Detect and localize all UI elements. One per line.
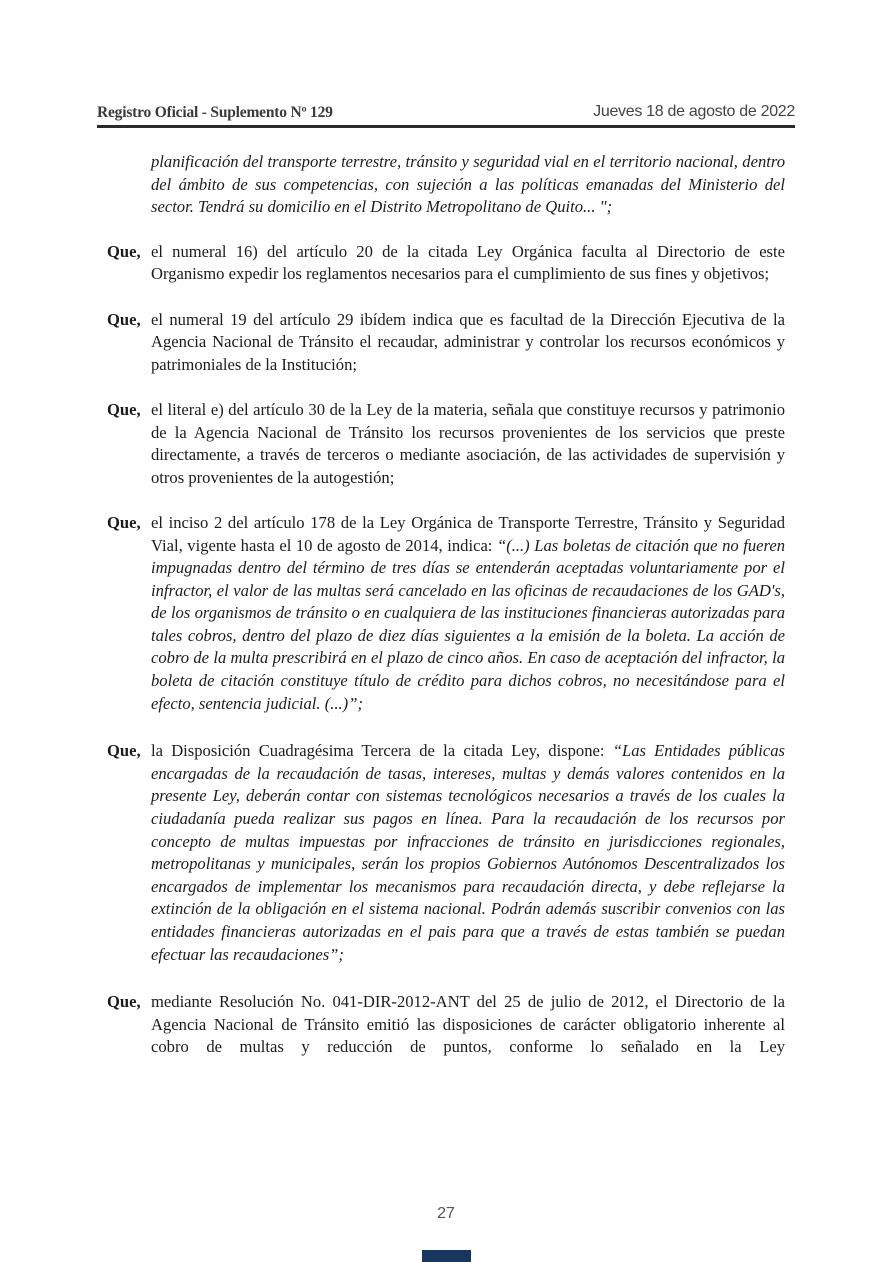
page-number: 27 [0, 1205, 892, 1223]
que-label: Que, [107, 991, 151, 1014]
considerando-paragraph: Que,el numeral 19 del artículo 29 ibídem… [107, 309, 785, 377]
publication-title: Registro Oficial - Suplemento Nº 129 [97, 104, 333, 122]
document-body: planificación del transporte terrestre, … [107, 151, 785, 1082]
quoted-law-text: “Las Entidades públicas encargadas de la… [151, 741, 785, 963]
considerando-paragraph: Que,el inciso 2 del artículo 178 de la L… [107, 512, 785, 715]
paragraph-text: el numeral 19 del artículo 29 ibídem ind… [151, 310, 785, 374]
que-label: Que, [107, 512, 151, 535]
publication-date: Jueves 18 de agosto de 2022 [593, 103, 795, 121]
que-label: Que, [107, 399, 151, 422]
paragraph-text: mediante Resolución No. 041-DIR-2012-ANT… [151, 992, 785, 1056]
que-label: Que, [107, 740, 151, 763]
considerando-paragraph: Que,el numeral 16) del artículo 20 de la… [107, 241, 785, 286]
considerando-paragraph: Que,mediante Resolución No. 041-DIR-2012… [107, 991, 785, 1059]
que-label: Que, [107, 309, 151, 332]
paragraph-text: la Disposición Cuadragésima Tercera de l… [151, 741, 613, 760]
considerando-paragraph: Que,el literal e) del artículo 30 de la … [107, 399, 785, 489]
page-header: Registro Oficial - Suplemento Nº 129 Jue… [97, 103, 795, 125]
paragraph-text: el literal e) del artículo 30 de la Ley … [151, 400, 785, 487]
paragraph-text: el numeral 16) del artículo 20 de la cit… [151, 242, 785, 284]
que-label: Que, [107, 241, 151, 264]
quoted-law-text: “(...) Las boletas de citación que no fu… [151, 536, 785, 713]
header-divider [97, 125, 795, 128]
footer-accent-bar [422, 1250, 471, 1262]
considerando-paragraph: Que,la Disposición Cuadragésima Tercera … [107, 740, 785, 966]
continuation-quote: planificación del transporte terrestre, … [107, 151, 785, 219]
